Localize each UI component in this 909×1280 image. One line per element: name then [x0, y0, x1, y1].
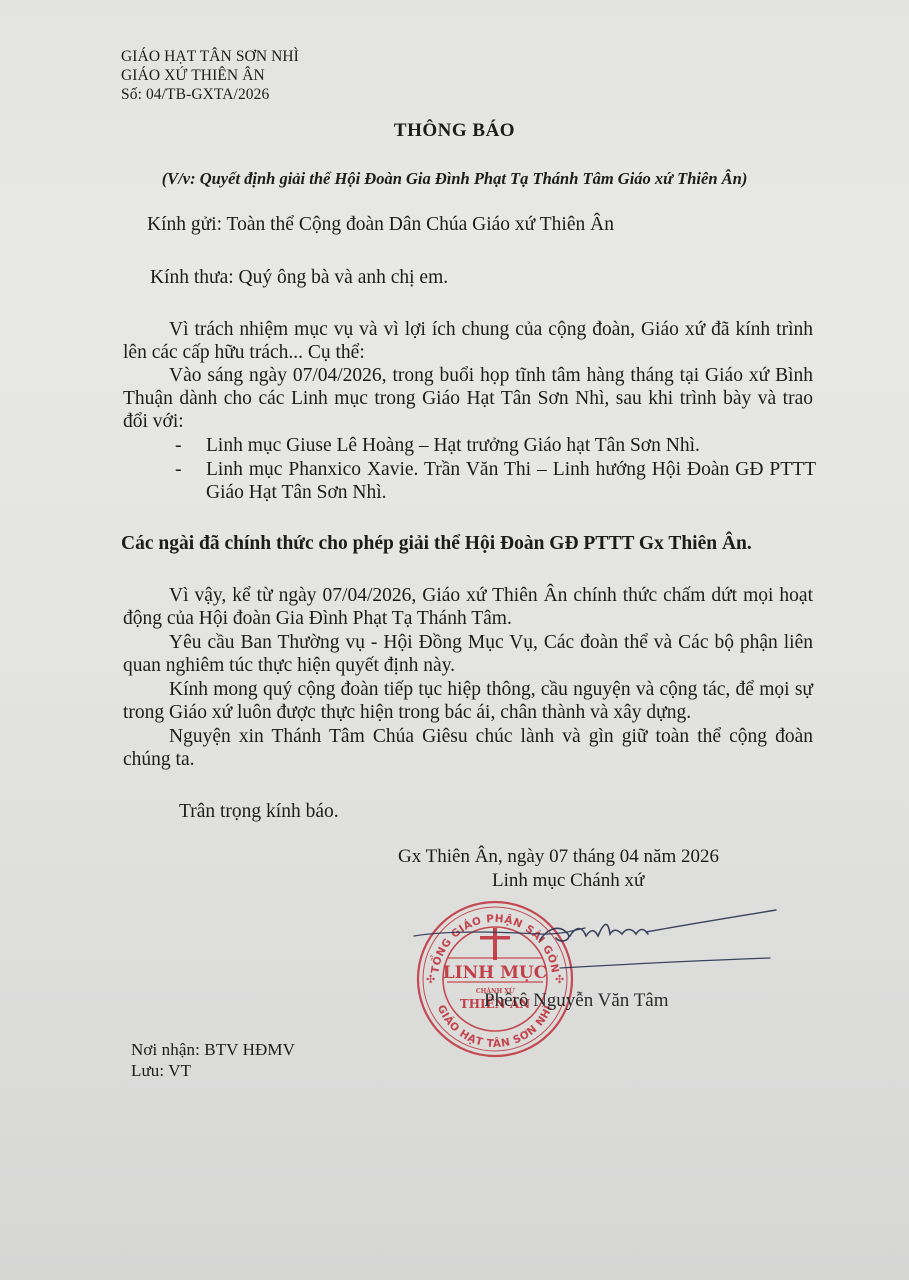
paragraph-4: Yêu cầu Ban Thường vụ - Hội Đồng Mục Vụ,… [123, 631, 813, 677]
document-title: THÔNG BÁO [0, 120, 909, 142]
paragraph-5-text: Kính mong quý cộng đoàn tiếp tục hiệp th… [123, 679, 813, 723]
recipients: Nơi nhận: BTV HĐMV [131, 1039, 295, 1060]
paragraph-5: Kính mong quý cộng đoàn tiếp tục hiệp th… [123, 678, 813, 724]
addressee: Kính gửi: Toàn thể Cộng đoàn Dân Chúa Gi… [147, 213, 614, 236]
signer-name: Phêrô Nguyễn Văn Tâm [484, 990, 669, 1012]
paragraph-3: Vì vậy, kể từ ngày 07/04/2026, Giáo xứ T… [123, 584, 813, 630]
paragraph-4-text: Yêu cầu Ban Thường vụ - Hội Đồng Mục Vụ,… [123, 632, 813, 676]
paragraph-6-text: Nguyện xin Thánh Tâm Chúa Giêsu chúc làn… [123, 726, 813, 770]
paragraph-1: Vì trách nhiệm mục vụ và vì lợi ích chun… [123, 318, 813, 364]
place-date: Gx Thiên Ân, ngày 07 tháng 04 năm 2026 [398, 846, 719, 868]
bullet-marker: - [175, 458, 182, 481]
parish-name: GIÁO XỨ THIÊN ÂN [121, 66, 265, 85]
paragraph-1-text: Vì trách nhiệm mục vụ và vì lợi ích chun… [123, 319, 813, 363]
list-item: Linh mục Giuse Lê Hoàng – Hạt trưởng Giá… [206, 434, 806, 457]
reference-number: Số: 04/TB-GXTA/2026 [121, 85, 269, 104]
document-page: GIÁO HẠT TÂN SƠN NHÌ GIÁO XỨ THIÊN ÂN Số… [0, 0, 909, 1280]
salutation: Kính thưa: Quý ông bà và anh chị em. [150, 266, 448, 289]
paragraph-2-text: Vào sáng ngày 07/04/2026, trong buổi họp… [123, 365, 813, 432]
signer-role: Linh mục Chánh xứ [492, 870, 644, 892]
document-subject: (V/v: Quyết định giải thể Hội Đoàn Gia Đ… [0, 169, 909, 189]
decision-statement: Các ngài đã chính thức cho phép giải thể… [121, 533, 752, 555]
bullet-marker: - [175, 434, 182, 457]
paragraph-2: Vào sáng ngày 07/04/2026, trong buổi họp… [123, 364, 813, 433]
closing-line: Trân trọng kính báo. [179, 800, 339, 823]
deanery-name: GIÁO HẠT TÂN SƠN NHÌ [121, 47, 299, 66]
handwritten-signature [410, 900, 790, 980]
archive-note: Lưu: VT [131, 1060, 191, 1081]
list-item: Linh mục Phanxico Xavie. Trần Văn Thi – … [206, 458, 816, 504]
paragraph-6: Nguyện xin Thánh Tâm Chúa Giêsu chúc làn… [123, 725, 813, 771]
paragraph-3-text: Vì vậy, kể từ ngày 07/04/2026, Giáo xứ T… [123, 585, 813, 629]
